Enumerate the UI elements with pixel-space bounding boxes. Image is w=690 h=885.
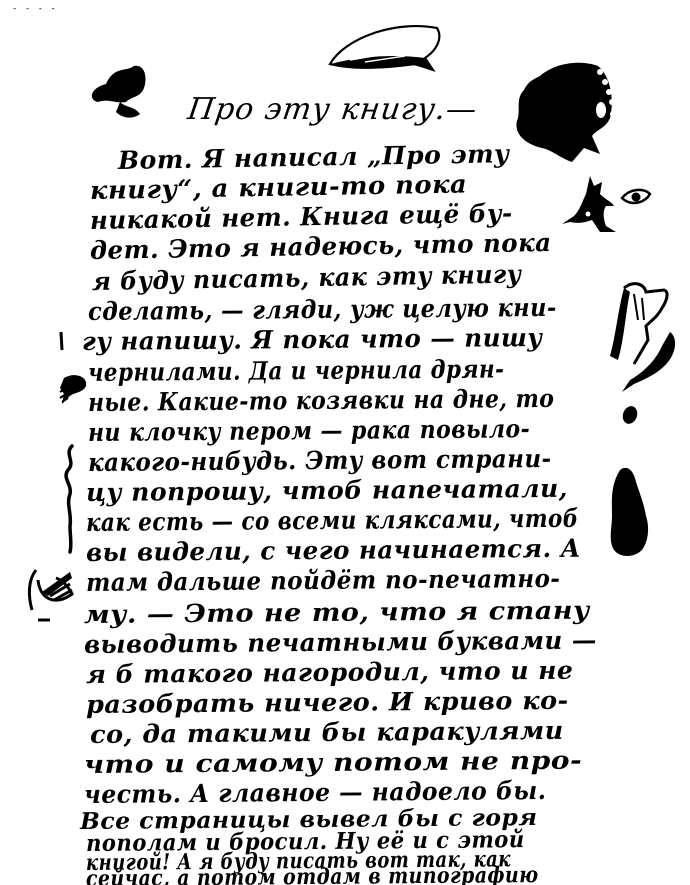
eye-doodle — [620, 186, 652, 208]
ink-blot-top-left — [86, 62, 166, 124]
brace-left-margin — [60, 444, 80, 554]
manuscript-line-17: выводить печатными буквами — — [84, 626, 597, 659]
manuscript-line-15: там дальше пойдёт по-печатно- — [86, 564, 561, 597]
page-title: Про эту книгу.— — [186, 92, 480, 127]
manuscript-line-21: что и самому потом не про- — [84, 746, 582, 779]
margin-tick-left — [58, 332, 64, 352]
manuscript-line-14: вы видели, с чего начинается. А — [86, 534, 581, 567]
manuscript-line-19: разобрать ничего. И криво ко- — [86, 686, 569, 719]
manuscript-line-20: со, да такими бы каракулями — [90, 716, 564, 749]
manuscript-line-9: ные. Какие-то козявки на дне, то — [88, 384, 555, 417]
manuscript-line-13: как есть — со всеми кляксами, чтоб — [86, 504, 579, 537]
cat-figure-doodle — [560, 172, 620, 242]
long-blot-right — [600, 464, 660, 564]
manuscript-line-16: му. — Это не то, что я стану — [84, 596, 590, 629]
hand-doodle-left-margin — [26, 566, 82, 626]
manuscript-line-12: цу попрошу, чтоб напечатали, — [86, 474, 568, 507]
manuscript-line-10: ни клочку пером — рака повыло- — [88, 414, 530, 447]
manuscript-line-5: я буду писать, как эту книгу — [92, 260, 522, 296]
manuscript-line-18: я б такого нагородил, что и не — [86, 656, 574, 689]
paper-figure-doodle-right — [604, 280, 690, 400]
manuscript-line-26: сейчас, а потом отдам в типографию — [86, 862, 539, 885]
manuscript-line-7: гу напишу. Я пока что — пишу — [82, 323, 543, 356]
manuscript-page: - - - - — [0, 0, 690, 885]
ink-drop-right — [620, 404, 640, 426]
small-blot-left-margin — [56, 372, 90, 406]
manuscript-line-11: какого-нибудь. Эту вот страни- — [88, 444, 552, 477]
large-ink-blot-top-right — [512, 58, 624, 170]
manuscript-line-8: чернилами. Да и чернила дрян- — [88, 354, 505, 387]
cap-doodle-top — [325, 18, 445, 73]
manuscript-line-6: сделать, — гляди, уж целую кни- — [88, 293, 557, 326]
corner-mark: - - - - — [12, 4, 57, 14]
